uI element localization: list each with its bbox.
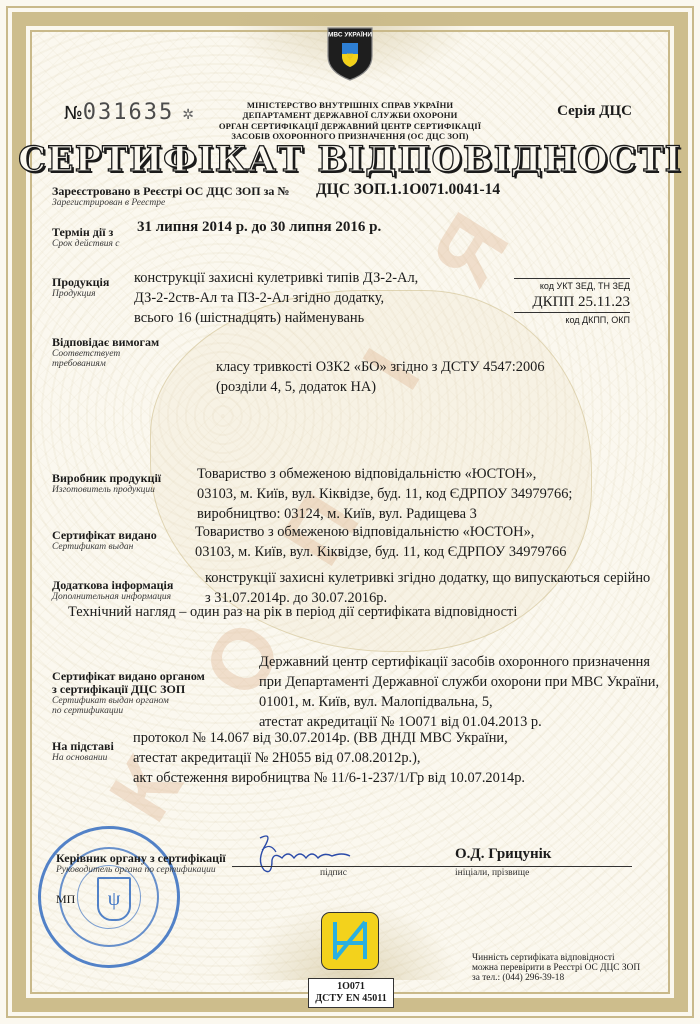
manufacturer-value: Товариство з обмеженою відповідальністю … [197,464,572,524]
head-of-body-label: Керівник органу з сертифікації Руководит… [56,852,226,875]
ministry-line: ОРГАН СЕРТИФІКАЦІЇ ДЕРЖАВНИЙ ЦЕНТР СЕРТИ… [0,121,700,131]
svg-text:МВС УКРАЇНИ: МВС УКРАЇНИ [328,31,372,39]
seal-place-label: МП [56,892,75,907]
manufacturer-label: Виробник продукції Изготовитель продукци… [52,472,161,495]
ministry-line: ДЕПАРТАМЕНТ ДЕРЖАВНОЇ СЛУЖБИ ОХОРОНИ [0,110,700,120]
registered-label: Зареєстровано в Реєстрі ОС ДЦС ЗОП за № … [52,185,289,208]
accreditation-standard: ДСТУ EN 45011 [309,993,393,1005]
basis-label: На підставі На основании [52,740,114,763]
issuing-body-label: Сертифікат видано органом з сертифікації… [52,670,205,716]
accreditation-code: 1О071 [309,981,393,993]
product-description: конструкції захисні кулетривкі типів ДЗ-… [134,268,418,328]
product-code: ДКПП 25.11.23 [514,293,630,312]
signatory-name: О.Д. Грицунік [455,846,551,863]
issuing-authority-header: МІНІСТЕРСТВО ВНУТРІШНІХ СПРАВ УКРАЇНИ ДЕ… [0,100,700,142]
basis-value: протокол № 14.067 від 30.07.2014р. (ВВ Д… [133,728,525,788]
trident-icon: ψ [97,877,131,921]
mvs-shield-emblem-icon: МВС УКРАЇНИ ψ [325,22,375,82]
certificate-title: СЕРТИФІКАТ ВІДПОВІДНОСТІ [0,139,700,180]
national-accreditation-logo-icon [321,912,379,970]
requirements-label: Відповідає вимогам Соответствует требова… [52,336,159,369]
product-label: Продукція Продукция [52,276,109,299]
registry-number: ДЦС ЗОП.1.1О071.0041-14 [316,181,500,199]
signature-line [232,866,632,867]
requirements-value: класу тривкості ОЗК2 «БО» згідно з ДСТУ … [216,357,545,397]
ministry-line: МІНІСТЕРСТВО ВНУТРІШНІХ СПРАВ УКРАЇНИ [0,100,700,110]
name-caption: ініціали, прізвище [455,868,529,878]
verification-note: Чинність сертифіката відповідності можна… [472,953,640,983]
validity-label: Термін дії з Срок действия с [52,226,120,249]
issuing-body-value: Державний центр сертифікації засобів охо… [259,652,659,732]
additional-info-label: Додаткова інформація Дополнительная инфо… [52,579,173,602]
certificate-sheet: Я І П О К МВС УКРАЇНИ ψ №031635✲ Серія Д… [0,0,700,1024]
signature-caption: підпис [320,868,347,878]
technical-supervision-note: Технічний нагляд – один раз на рік в пер… [68,602,517,622]
svg-text:ψ: ψ [347,51,353,61]
code-caption-top: код УКТ ЗЕД, ТН ЗЕД [514,279,630,293]
issued-to-label: Сертифікат видано Сертификат выдан [52,529,157,552]
code-caption-bottom: код ДКПП, ОКП [514,313,630,327]
accreditation-box: 1О071 ДСТУ EN 45011 [308,978,394,1008]
product-code-block: код УКТ ЗЕД, ТН ЗЕД ДКПП 25.11.23 код ДК… [514,278,630,327]
issued-to-value: Товариство з обмеженою відповідальністю … [195,522,566,562]
validity-period: 31 липня 2014 р. до 30 липня 2016 р. [137,219,381,236]
